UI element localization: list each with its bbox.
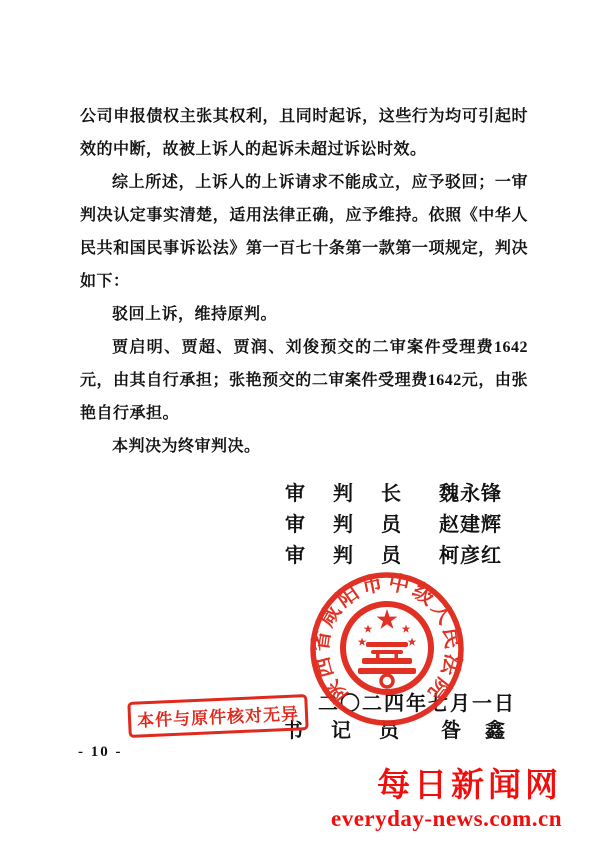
judge-role: 审 判 长 [285,483,405,505]
news-site-watermark: 每日新闻网 everyday-news.com.cn [331,768,562,832]
signature-block: 审 判 长魏永锋 审 判 员赵建辉 审 判 员柯彦红 [285,479,502,572]
judgment-date: 二〇二四年七月一日 [318,687,516,716]
national-emblem-icon [343,604,431,692]
verification-stamp: 本件与原件核对无异 [127,694,308,738]
judge-role: 审 判 员 [285,514,405,536]
judge-name: 赵建辉 [439,514,502,536]
clerk-row: 书 记 员昝 鑫 [283,714,507,743]
watermark-site-name: 每日新闻网 [331,768,562,806]
signature-row-judge-2: 审 判 员柯彦红 [285,541,502,572]
paragraph-conclusion: 综上所述，上诉人的上诉请求不能成立，应予驳回；一审判决认定事实清楚，适用法律正确… [80,166,528,298]
clerk-name: 昝 鑫 [441,720,507,742]
watermark-site-url: everyday-news.com.cn [331,806,562,832]
paragraph-timeliness: 公司申报债权主张其权利，且同时起诉，这些行为均可引起时效的中断，故被上诉人的起诉… [80,100,528,166]
signature-row-presiding-judge: 审 判 长魏永锋 [285,479,502,510]
judge-name: 魏永锋 [439,483,502,505]
signature-row-judge-1: 审 判 员赵建辉 [285,510,502,541]
judgment-body: 公司申报债权主张其权利，且同时起诉，这些行为均可引起时效的中断，故被上诉人的起诉… [80,100,528,463]
judgment-document-page: 公司申报债权主张其权利，且同时起诉，这些行为均可引起时效的中断，故被上诉人的起诉… [0,0,600,848]
page-number: - 10 - [78,744,123,761]
paragraph-final: 本判决为终审判决。 [80,430,528,463]
judge-name: 柯彦红 [439,545,502,567]
judge-role: 审 判 员 [285,545,405,567]
paragraph-ruling: 驳回上诉，维持原判。 [80,298,528,331]
paragraph-fees: 贾启明、贾超、贾润、刘俊预交的二审案件受理费1642元，由其自行承担；张艳预交的… [80,331,528,430]
